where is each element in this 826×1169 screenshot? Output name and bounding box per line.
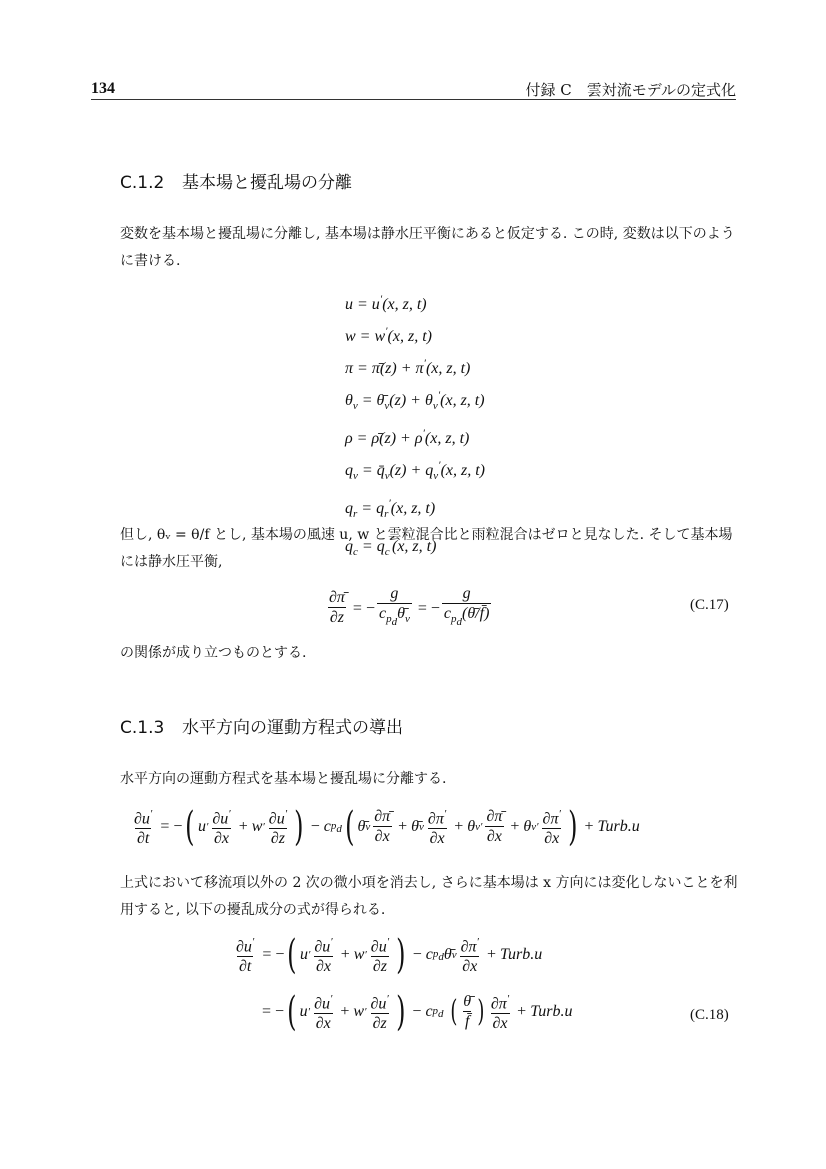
- section-heading-c12: C.1.2基本場と擾乱場の分離: [120, 168, 352, 193]
- equation-c18-line2: = −( u′∂u′∂x + w′∂u′∂z ) − cpd (θ̄f̄) ∂π…: [262, 990, 572, 1034]
- equation-c17: ∂π̄∂z = − gcpdθ̄v = − gcpd(θ̄/f̄): [325, 585, 493, 632]
- paragraph-intro-c12: 変数を基本場と擾乱場に分離し, 基本場は静水圧平衡にあると仮定する. この時, …: [120, 221, 740, 275]
- equation-pi: π = π̄(z) + π′(x, z, t): [345, 360, 470, 377]
- section-number: C.1.3: [120, 718, 182, 738]
- paragraph-assumptions: 但し, θᵥ = θ/f とし, 基本場の風速 u, w と雲粒混合比と雨粒混合…: [120, 522, 740, 576]
- equation-c18-line1: ∂u′∂t = −( u′∂u′∂x + w′∂u′∂z ) − cpdθ̄v …: [232, 933, 542, 977]
- paragraph-intro-c13: 水平方向の運動方程式を基本場と擾乱場に分離する.: [120, 766, 740, 793]
- fraction-rhs: gcpd(θ̄/f̄): [442, 585, 492, 632]
- running-title: 付録 C 雲対流モデルの定式化: [526, 79, 737, 100]
- page-number: 134: [91, 80, 115, 98]
- header-rule: [91, 99, 736, 100]
- equation-w: w = w′(x, z, t): [345, 328, 432, 345]
- equation-qr: qr = qr′(x, z, t): [345, 500, 435, 517]
- equation-theta-v: θv = θ̄v(z) + θv′(x, z, t): [345, 392, 485, 409]
- equation-momentum-full: ∂u′∂t = −( u′∂u′∂x + w′∂u′∂z ) − cpd (θ̄…: [130, 805, 640, 849]
- section-title: 基本場と擾乱場の分離: [182, 173, 352, 193]
- equation-label-c17: (C.17): [690, 597, 729, 614]
- paragraph-relation: の関係が成り立つものとする.: [120, 640, 740, 667]
- section-number: C.1.2: [120, 173, 182, 193]
- equation-qv: qv = q̄v(z) + qv′(x, z, t): [345, 462, 485, 479]
- section-title: 水平方向の運動方程式の導出: [182, 718, 403, 738]
- equation-rho: ρ = ρ̄(z) + ρ′(x, z, t): [345, 430, 469, 447]
- fraction-mid: gcpdθ̄v: [377, 585, 412, 632]
- fraction-lhs: ∂π̄∂z: [327, 589, 347, 628]
- section-heading-c13: C.1.3水平方向の運動方程式の導出: [120, 713, 403, 738]
- paragraph-simplification: 上式において移流項以外の 2 次の微小項を消去し, さらに基本場は x 方向には…: [120, 870, 740, 924]
- equation-label-c18: (C.18): [690, 1007, 729, 1024]
- equation-u: u = u′(x, z, t): [345, 296, 427, 313]
